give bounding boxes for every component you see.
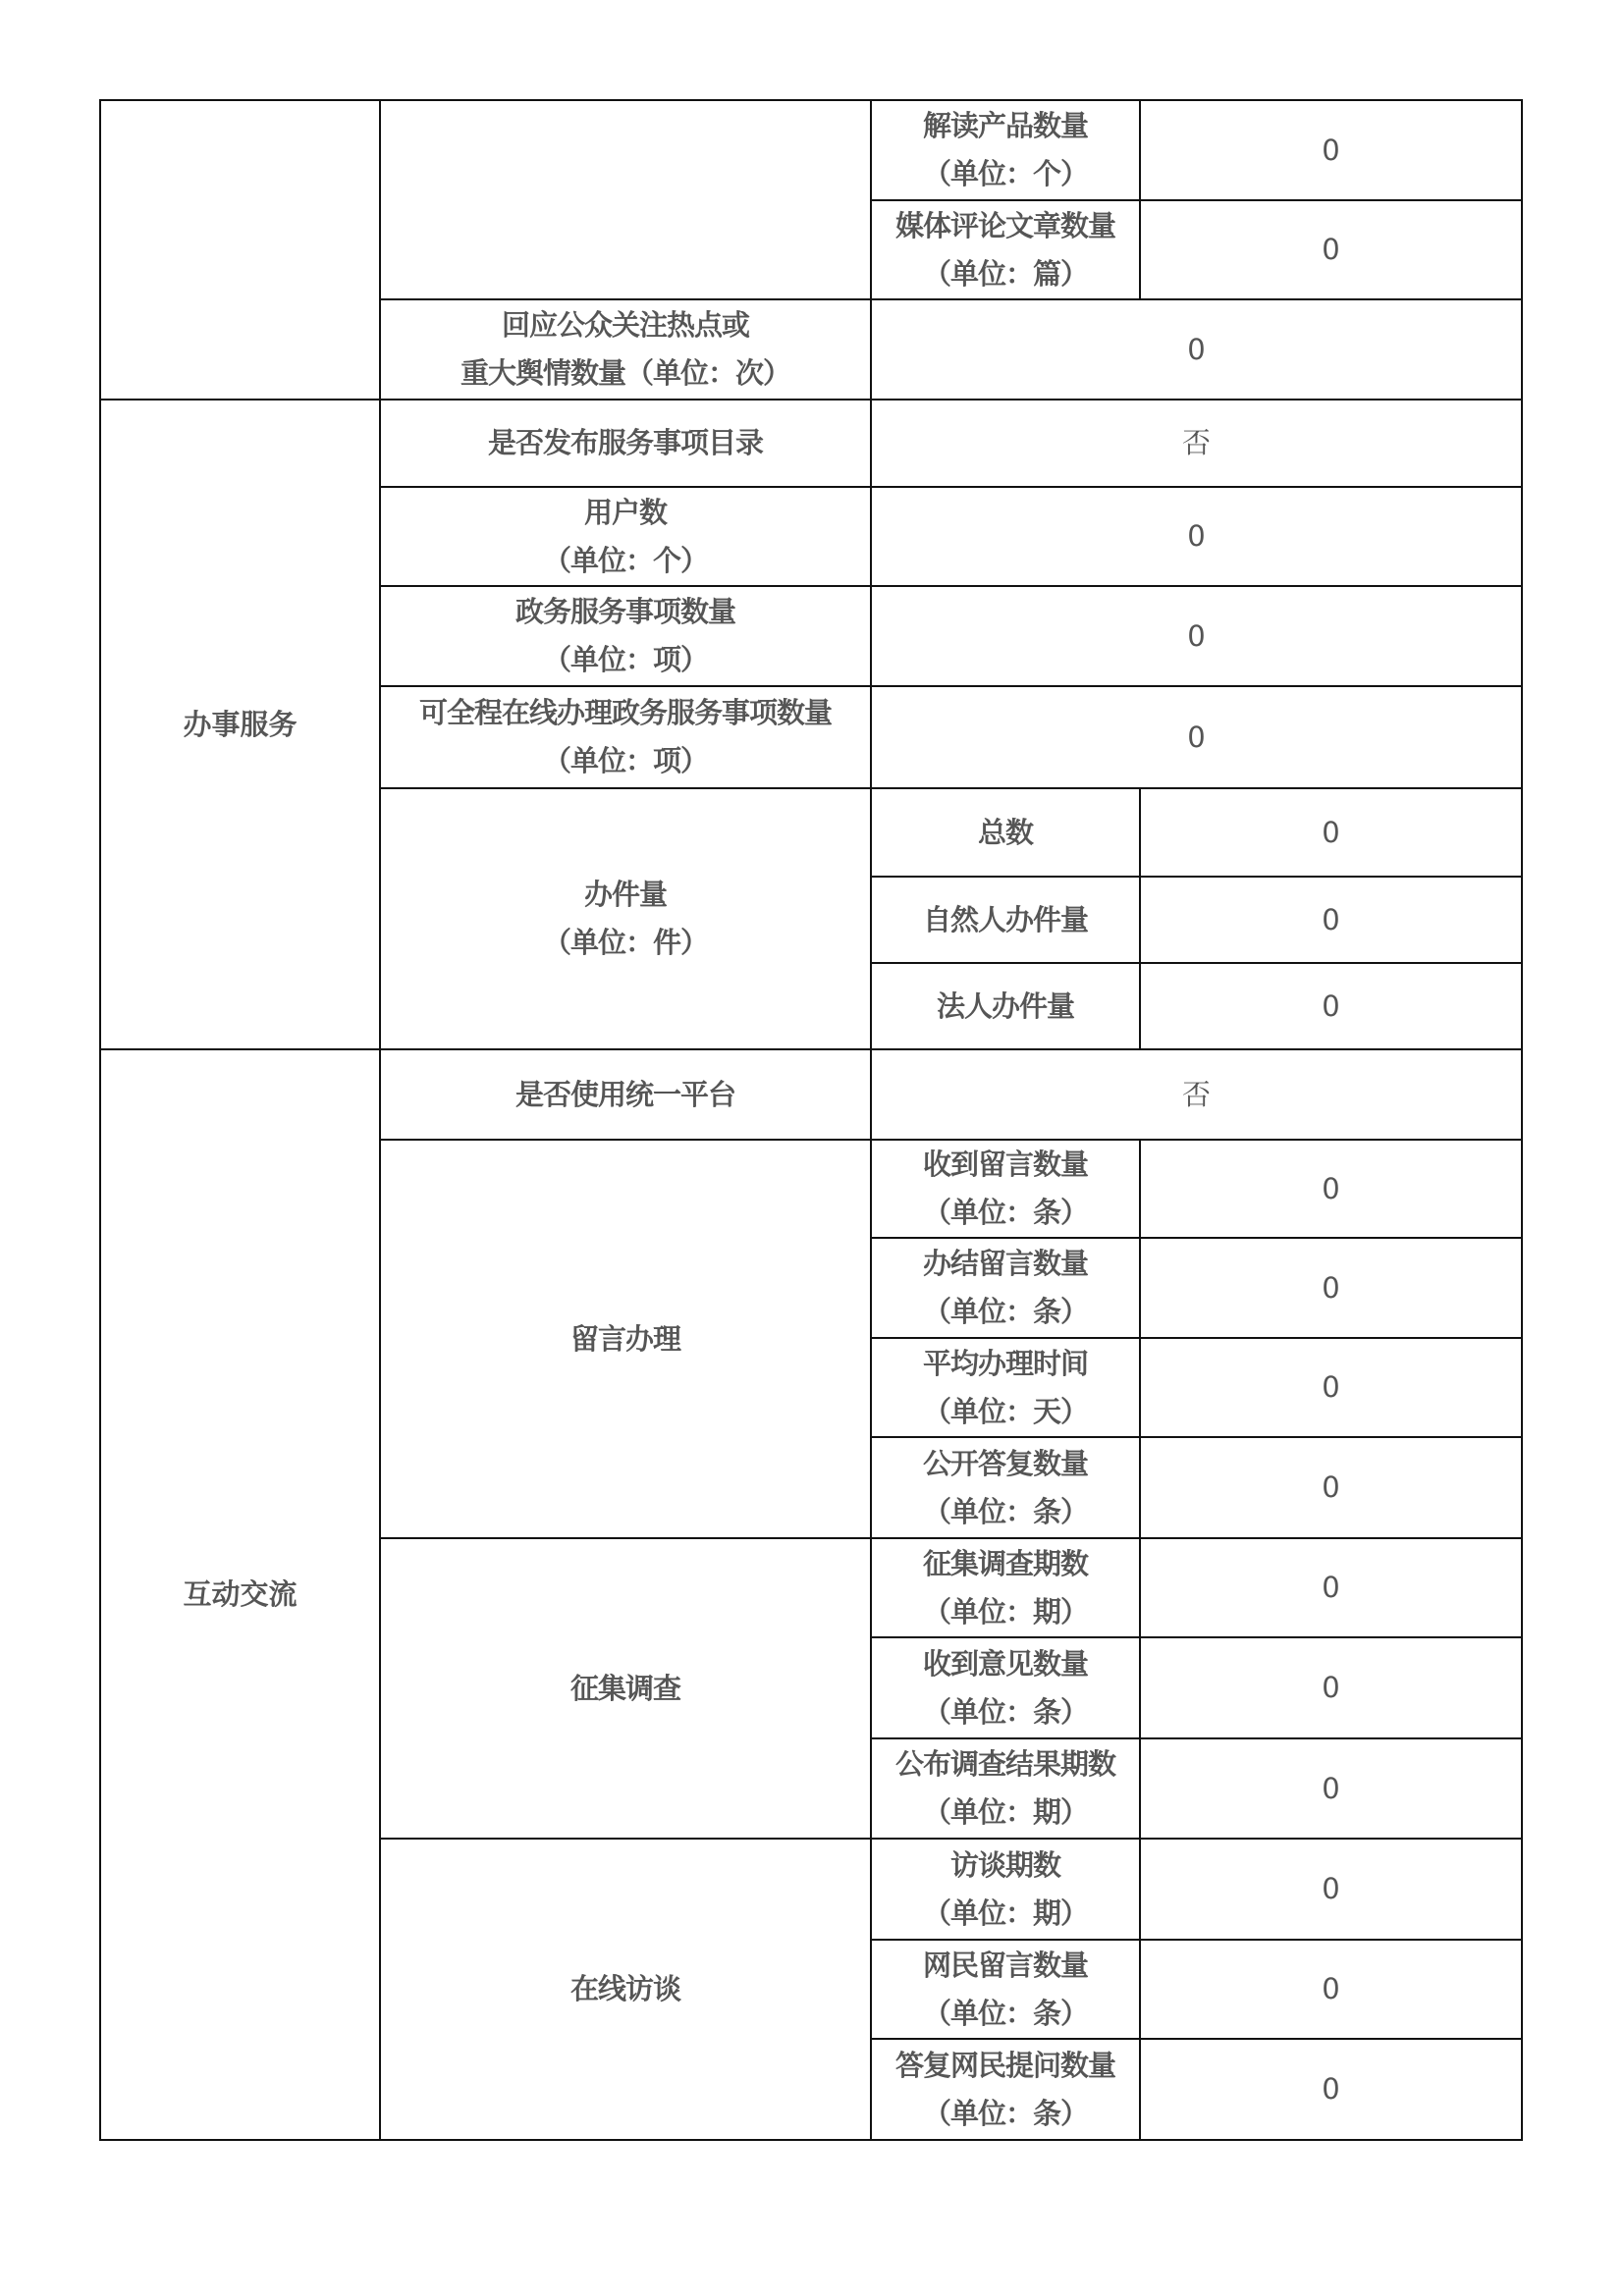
value-cell: 0	[1140, 788, 1522, 877]
subgroup-cell-empty	[380, 100, 871, 299]
statistics-table: 解读产品数量 （单位：个） 0 媒体评论文章数量 （单位：篇） 0 回应公众关注…	[99, 99, 1523, 2141]
unit-text: （单位：条）	[876, 1189, 1135, 1237]
value-cell: 0	[1140, 963, 1522, 1049]
unit-text: （单位：项）	[385, 737, 866, 785]
category-cell-interaction: 互动交流	[100, 1049, 380, 2140]
unit-text: （单位：期）	[876, 1588, 1135, 1636]
value-cell: 0	[1140, 1839, 1522, 1940]
subgroup-cell-interview: 在线访谈	[380, 1839, 871, 2140]
table-row: 互动交流 是否使用统一平台 否	[100, 1049, 1522, 1140]
unit-text: （单位：条）	[876, 1990, 1135, 2038]
label-text: 回应公众关注热点或	[385, 301, 866, 349]
label-text: 平均办理时间	[876, 1340, 1135, 1388]
row-label: 法人办件量	[871, 963, 1140, 1049]
row-label: 是否使用统一平台	[380, 1049, 871, 1140]
subgroup-cell-survey: 征集调查	[380, 1538, 871, 1839]
row-label: 是否发布服务事项目录	[380, 400, 871, 487]
unit-text: （单位：天）	[876, 1388, 1135, 1436]
value-cell: 0	[871, 299, 1522, 400]
value-cell: 0	[1140, 1140, 1522, 1238]
row-label: 自然人办件量	[871, 877, 1140, 963]
value-cell: 0	[1140, 2039, 1522, 2140]
row-label: 征集调查期数 （单位：期）	[871, 1538, 1140, 1637]
row-label: 答复网民提问数量 （单位：条）	[871, 2039, 1140, 2140]
row-label: 媒体评论文章数量 （单位：篇）	[871, 200, 1140, 299]
row-label: 访谈期数 （单位：期）	[871, 1839, 1140, 1940]
row-label: 收到留言数量 （单位：条）	[871, 1140, 1140, 1238]
row-label: 政务服务事项数量 （单位：项）	[380, 586, 871, 686]
value-cell: 0	[1140, 1637, 1522, 1738]
row-label: 解读产品数量 （单位：个）	[871, 100, 1140, 200]
value-cell: 否	[871, 1049, 1522, 1140]
label-text: 办件量	[385, 871, 866, 919]
subgroup-cell-messages: 留言办理	[380, 1140, 871, 1538]
label-text: 公开答复数量	[876, 1440, 1135, 1488]
row-label: 回应公众关注热点或 重大舆情数量（单位：次）	[380, 299, 871, 400]
value-cell: 0	[1140, 1338, 1522, 1437]
row-label: 平均办理时间 （单位：天）	[871, 1338, 1140, 1437]
value-cell: 否	[871, 400, 1522, 487]
unit-text: （单位：条）	[876, 1688, 1135, 1736]
label-text: 访谈期数	[876, 1842, 1135, 1890]
label-text: 收到意见数量	[876, 1640, 1135, 1688]
unit-text: （单位：条）	[876, 2090, 1135, 2138]
label-text: 可全程在线办理政务服务事项数量	[385, 689, 866, 737]
label-text: 重大舆情数量（单位：次）	[385, 349, 866, 398]
value-cell: 0	[1140, 100, 1522, 200]
label-text: 公布调查结果期数	[876, 1740, 1135, 1789]
row-label: 公布调查结果期数 （单位：期）	[871, 1738, 1140, 1839]
value-cell: 0	[1140, 1437, 1522, 1538]
value-cell: 0	[1140, 1940, 1522, 2039]
unit-text: （单位：条）	[876, 1288, 1135, 1336]
row-label: 收到意见数量 （单位：条）	[871, 1637, 1140, 1738]
row-label: 用户数 （单位：个）	[380, 487, 871, 586]
row-label: 办结留言数量 （单位：条）	[871, 1238, 1140, 1338]
unit-text: （单位：篇）	[876, 250, 1135, 298]
value-cell: 0	[1140, 1238, 1522, 1338]
table-row: 解读产品数量 （单位：个） 0	[100, 100, 1522, 200]
label-text: 政务服务事项数量	[385, 588, 866, 636]
label-text: 网民留言数量	[876, 1942, 1135, 1990]
unit-text: （单位：条）	[876, 1488, 1135, 1536]
unit-text: （单位：期）	[876, 1890, 1135, 1938]
unit-text: （单位：期）	[876, 1789, 1135, 1837]
label-text: 解读产品数量	[876, 102, 1135, 150]
row-label: 总数	[871, 788, 1140, 877]
label-text: 征集调查期数	[876, 1540, 1135, 1588]
value-cell: 0	[1140, 200, 1522, 299]
row-label: 公开答复数量 （单位：条）	[871, 1437, 1140, 1538]
unit-text: （单位：件）	[385, 919, 866, 967]
value-cell: 0	[871, 487, 1522, 586]
unit-text: （单位：项）	[385, 636, 866, 684]
unit-text: （单位：个）	[385, 537, 866, 585]
row-label: 可全程在线办理政务服务事项数量 （单位：项）	[380, 686, 871, 788]
category-cell-empty	[100, 100, 380, 400]
row-label: 网民留言数量 （单位：条）	[871, 1940, 1140, 2039]
label-text: 媒体评论文章数量	[876, 202, 1135, 250]
subgroup-cell-cases: 办件量 （单位：件）	[380, 788, 871, 1049]
value-cell: 0	[871, 586, 1522, 686]
category-cell-service: 办事服务	[100, 400, 380, 1049]
label-text: 答复网民提问数量	[876, 2042, 1135, 2090]
unit-text: （单位：个）	[876, 150, 1135, 198]
value-cell: 0	[1140, 1738, 1522, 1839]
value-cell: 0	[1140, 877, 1522, 963]
label-text: 用户数	[385, 489, 866, 537]
table-row: 办事服务 是否发布服务事项目录 否	[100, 400, 1522, 487]
label-text: 办结留言数量	[876, 1240, 1135, 1288]
value-cell: 0	[871, 686, 1522, 788]
value-cell: 0	[1140, 1538, 1522, 1637]
label-text: 收到留言数量	[876, 1141, 1135, 1189]
